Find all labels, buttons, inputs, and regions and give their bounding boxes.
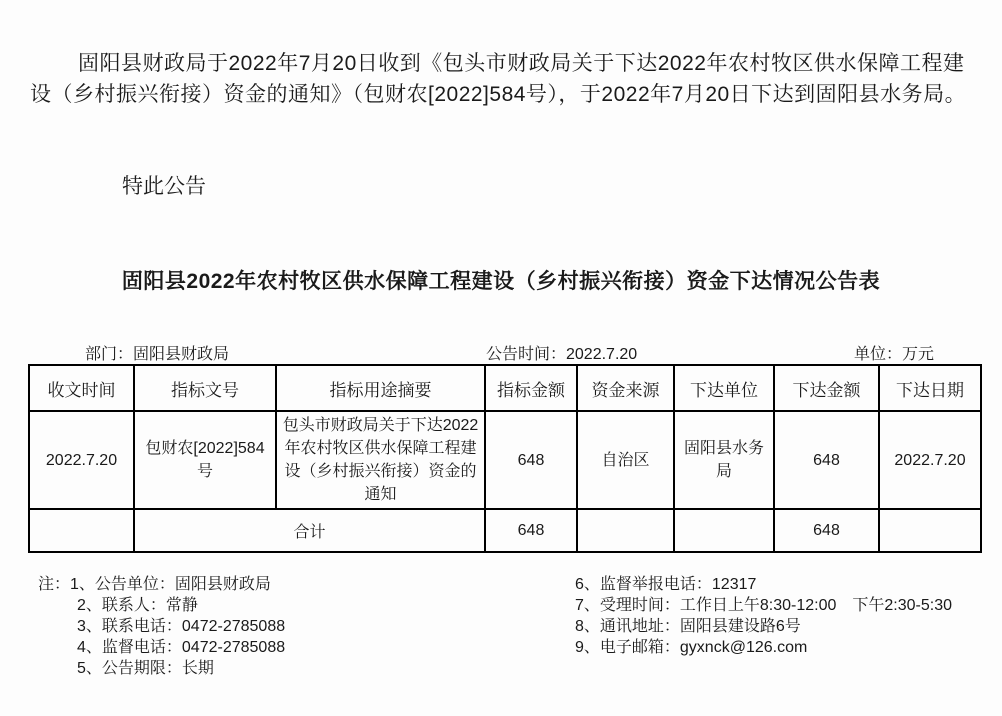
table-total-row: 合计 648 648: [29, 509, 981, 552]
meta-department: 部门：固阳县财政局: [85, 341, 229, 364]
total-label: 合计: [134, 509, 485, 552]
note-item: 7、受理时间：工作日上午8:30-12:00 下午2:30-5:30: [575, 595, 952, 616]
notes-left-column: 注：1、公告单位：固阳县财政局 2、联系人：常静 3、联系电话：0472-278…: [38, 574, 285, 679]
note-item: 8、通讯地址：固阳县建设路6号: [575, 616, 952, 637]
table-header-row: 收文时间 指标文号 指标用途摘要 指标金额 资金来源 下达单位 下达金额 下达日…: [29, 365, 981, 411]
header-issue-date: 下达日期: [879, 365, 981, 411]
note-item: 9、电子邮箱：gyxnck@126.com: [575, 637, 952, 658]
meta-announce-time: 公告时间：2022.7.20: [486, 341, 637, 364]
header-issued-to: 下达单位: [674, 365, 774, 411]
header-fund-source: 资金来源: [577, 365, 674, 411]
notes-prefix: 注：: [38, 576, 70, 593]
table-row: 2022.7.20 包财农[2022]584号 包头市财政局关于下达2022年农…: [29, 411, 981, 509]
note-text: 1、公告单位：固阳县财政局: [70, 576, 271, 593]
intro-paragraph: 固阳县财政局于2022年7月20日收到《包头市财政局关于下达2022年农村牧区供…: [30, 48, 976, 110]
total-cell-empty-receive-date: [29, 509, 134, 552]
note-item: 4、监督电话：0472-2785088: [77, 637, 285, 658]
cell-issued-amount: 648: [774, 411, 879, 509]
meta-unit: 单位：万元: [854, 341, 934, 364]
cell-issued-to: 固阳县水务局: [674, 411, 774, 509]
total-indicator-amount: 648: [485, 509, 577, 552]
total-issued-amount: 648: [774, 509, 879, 552]
notes-right-column: 6、监督举报电话：12317 7、受理时间：工作日上午8:30-12:00 下午…: [575, 574, 952, 658]
note-item: 注：1、公告单位：固阳县财政局: [38, 574, 285, 595]
cell-issue-date: 2022.7.20: [879, 411, 981, 509]
note-item: 6、监督举报电话：12317: [575, 574, 952, 595]
document-page: 固阳县财政局于2022年7月20日收到《包头市财政局关于下达2022年农村牧区供…: [0, 0, 1002, 716]
header-receive-date: 收文时间: [29, 365, 134, 411]
table-meta-row: 部门：固阳县财政局 公告时间：2022.7.20 单位：万元: [28, 341, 980, 363]
header-indicator-amount: 指标金额: [485, 365, 577, 411]
table-title: 固阳县2022年农村牧区供水保障工程建设（乡村振兴衔接）资金下达情况公告表: [0, 265, 1002, 295]
note-item: 2、联系人：常静: [77, 595, 285, 616]
cell-doc-number: 包财农[2022]584号: [134, 411, 276, 509]
closing-statement: 特此公告: [122, 170, 206, 200]
header-purpose: 指标用途摘要: [276, 365, 485, 411]
header-doc-number: 指标文号: [134, 365, 276, 411]
total-cell-empty-fund-source: [577, 509, 674, 552]
note-item: 5、公告期限：长期: [77, 658, 285, 679]
allocation-table: 收文时间 指标文号 指标用途摘要 指标金额 资金来源 下达单位 下达金额 下达日…: [28, 364, 982, 553]
header-issued-amount: 下达金额: [774, 365, 879, 411]
cell-indicator-amount: 648: [485, 411, 577, 509]
cell-fund-source: 自治区: [577, 411, 674, 509]
total-cell-empty-issue-date: [879, 509, 981, 552]
total-cell-empty-issued-to: [674, 509, 774, 552]
cell-receive-date: 2022.7.20: [29, 411, 134, 509]
cell-purpose: 包头市财政局关于下达2022年农村牧区供水保障工程建设（乡村振兴衔接）资金的通知: [276, 411, 485, 509]
note-item: 3、联系电话：0472-2785088: [77, 616, 285, 637]
